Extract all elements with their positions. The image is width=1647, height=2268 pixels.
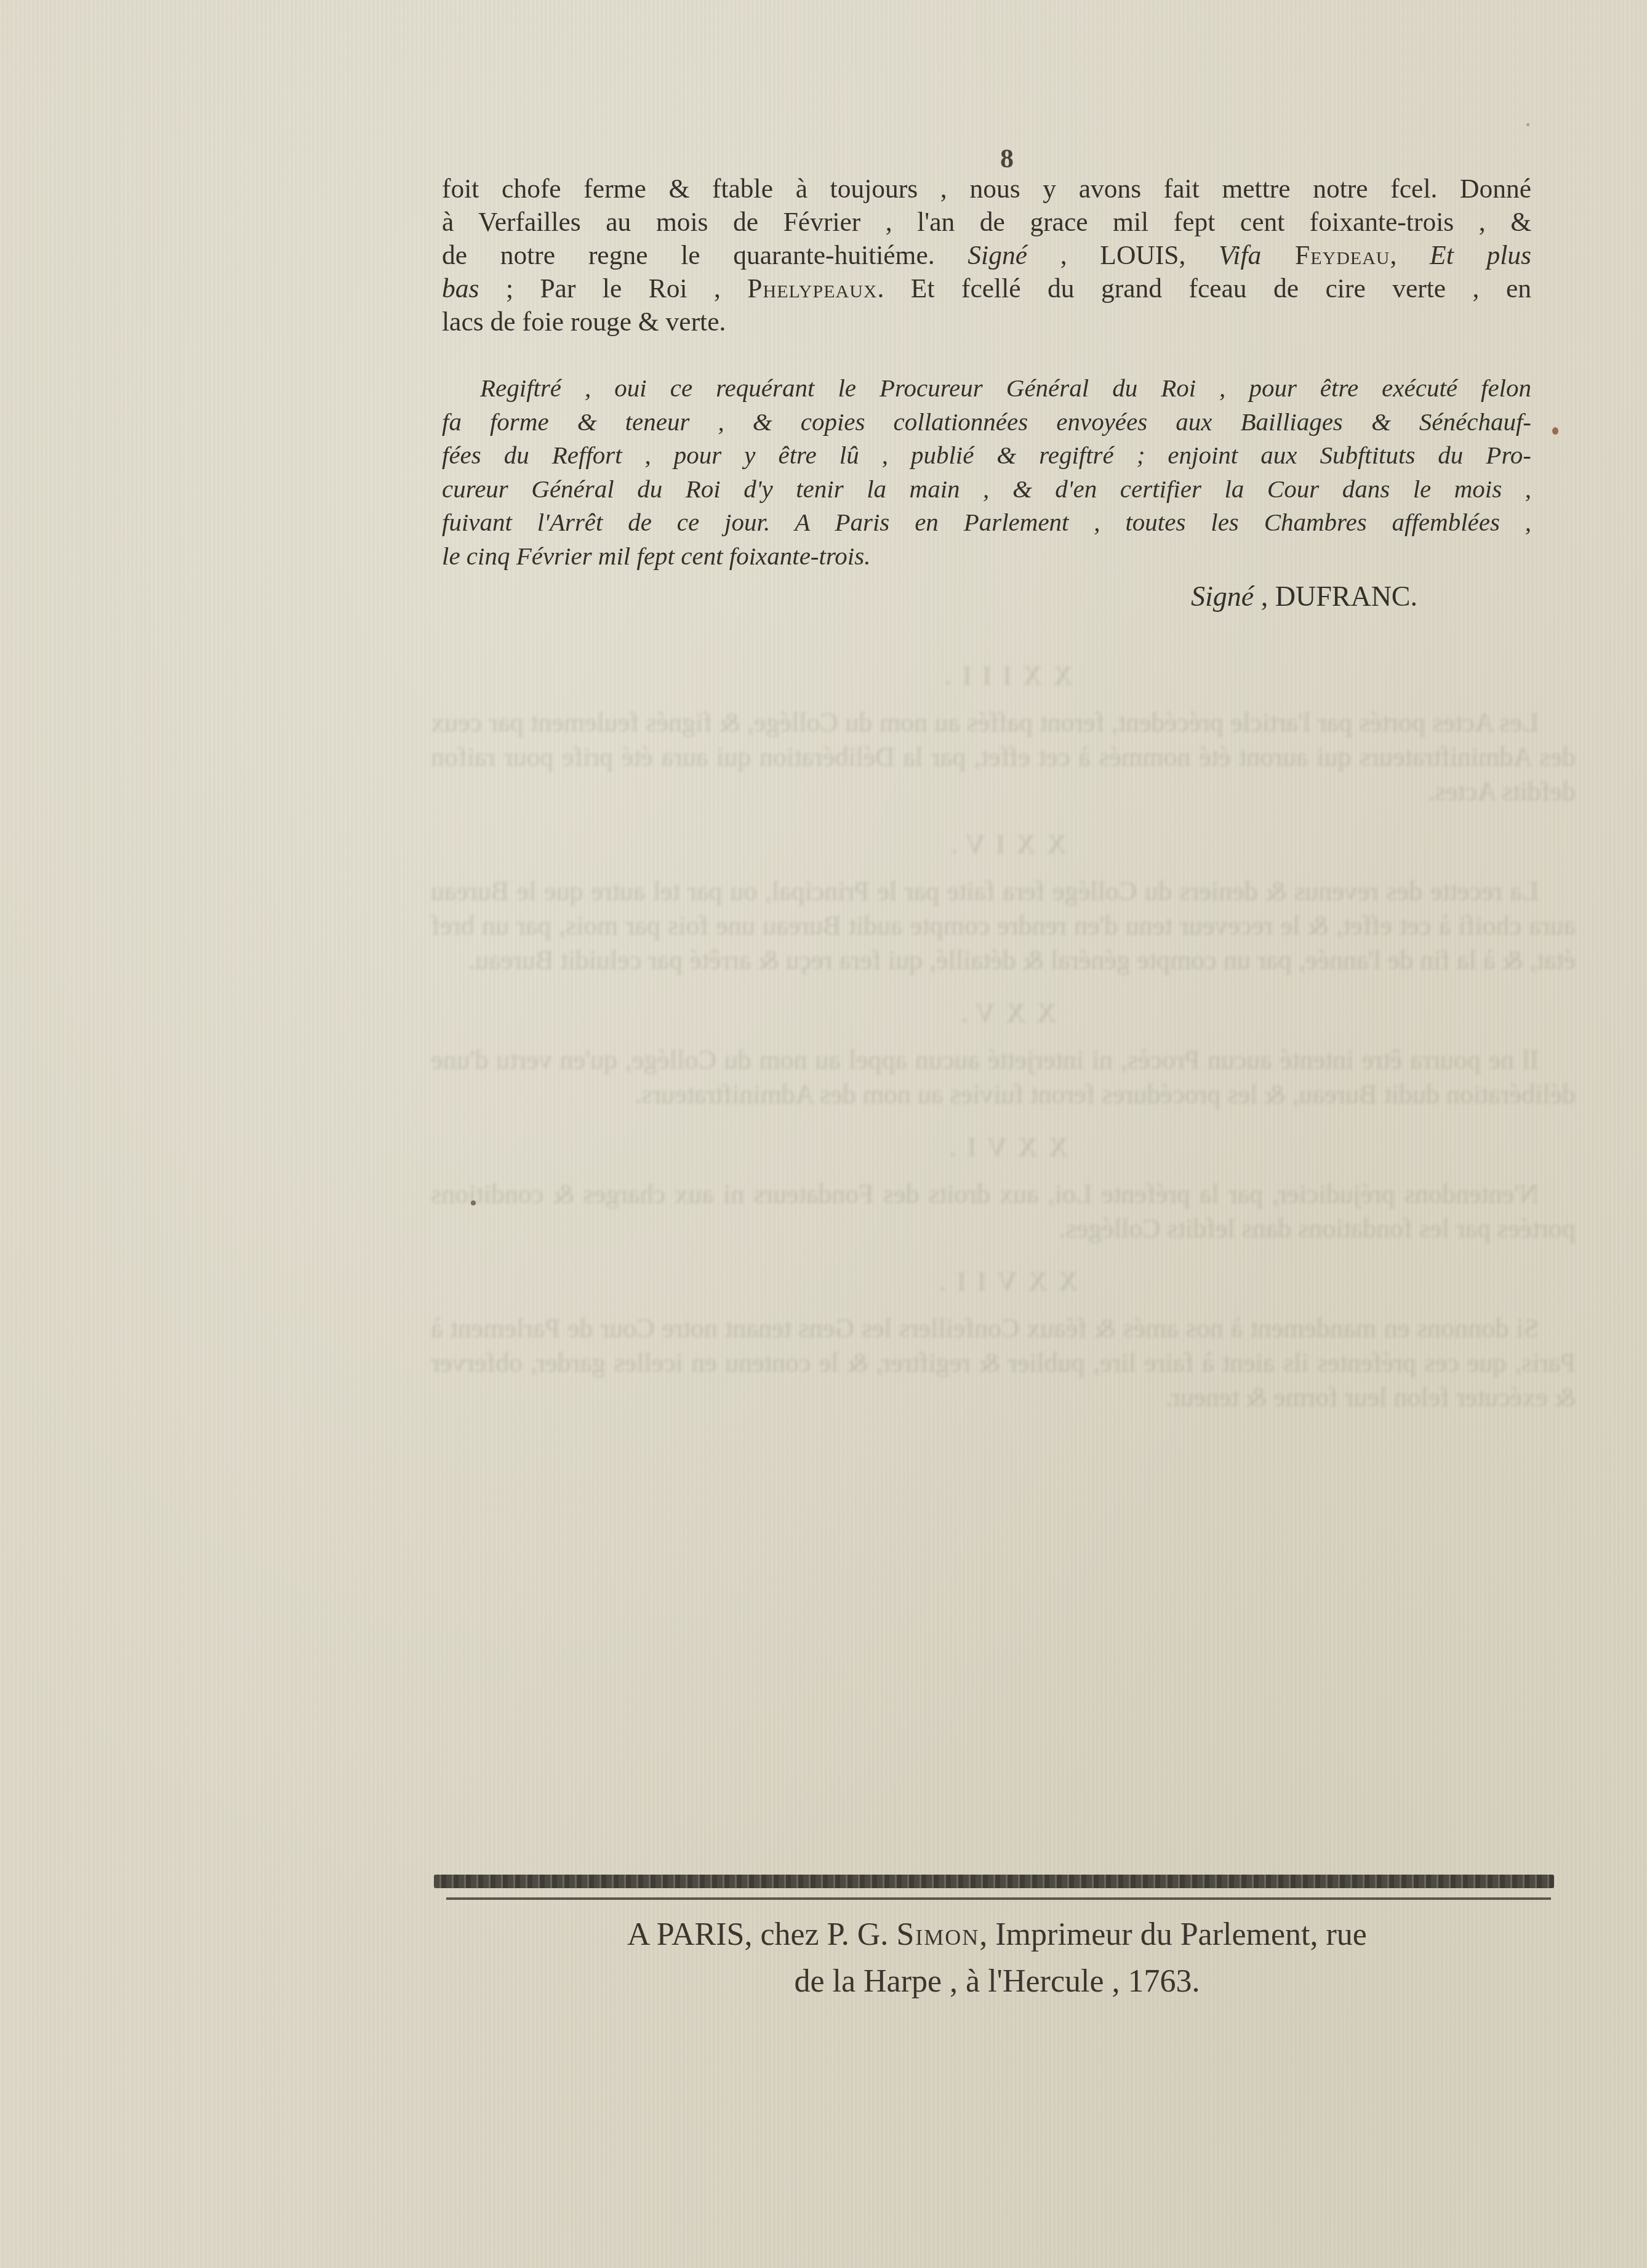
page-number: 8 [1000,143,1014,174]
bleed-heading: XXV. [431,996,1576,1031]
text-run-smallcaps: Feydeau [1261,241,1390,270]
paper-speck [1552,427,1558,435]
imprint-printer: Simon [896,1917,979,1952]
text-run: foit chofe ferme & ftable à toujours , n… [442,174,1531,204]
thin-rule [446,1897,1551,1900]
body-line: lacs de foie rouge & verte. [442,305,1531,339]
registration-line: fa forme & teneur , & copies collationné… [442,405,1531,439]
text-run: , LOUIS, [1027,241,1219,270]
signature: Signé , DUFRANC. [1191,580,1417,613]
bleed-paragraph: Il ne pourra être intenté aucun Procès, … [431,1043,1576,1112]
bleed-paragraph: Les Actes portés par l'article précédent… [431,706,1576,809]
bleed-paragraph: La recette des revenus & deniers du Coll… [431,874,1576,978]
imprint-city: A PARIS [627,1917,744,1952]
bleed-heading: XXIV. [431,827,1576,862]
paper-speck [1526,123,1529,126]
paper-speck [471,1200,476,1205]
signature-label: Signé [1191,581,1254,612]
bleed-paragraph: Si donnons en mandement à nos amés & féa… [431,1311,1576,1415]
printer-imprint: A PARIS, chez P. G. Simon, Imprimeur du … [394,1912,1600,2005]
registration-line: le cinq Février mil fept cent foixante-t… [442,539,1531,573]
text-run-italic: Vifa [1219,241,1261,270]
bleed-heading: XXVI. [431,1130,1576,1165]
registration-line: Regiftré , oui ce requérant le Procureur… [442,371,1531,405]
text-run-italic: bas [442,274,479,304]
bleed-heading: XXIII. [431,659,1576,693]
body-paragraph: foit chofe ferme & ftable à toujours , n… [442,172,1531,339]
document-page: XXIII. Les Actes portés par l'article pr… [0,0,1647,2268]
text-run: , [1390,241,1430,270]
text-run: lacs de foie rouge & verte. [442,307,726,337]
text-run-italic: Et plus [1430,241,1531,270]
body-line: foit chofe ferme & ftable à toujours , n… [442,172,1531,206]
registration-paragraph: Regiftré , oui ce requérant le Procureur… [442,371,1531,573]
imprint-text: , Imprimeur du Parlement, rue [979,1917,1367,1952]
text-run: ; Par le Roi , [479,274,747,304]
body-line: à Verfailles au mois de Février , l'an d… [442,206,1531,239]
text-run-smallcaps: Phelypeaux [747,274,877,304]
text-run-italic: Signé [968,241,1027,270]
text-run: à Verfailles au mois de Février , l'an d… [442,207,1531,237]
bleed-through-text: XXIII. Les Actes portés par l'article pr… [431,640,1576,1420]
text-run: . Et fcellé du grand fceau de cire verte… [878,274,1531,304]
registration-line: cureur Général du Roi d'y tenir la main … [442,472,1531,506]
ornamental-rule [434,1875,1554,1888]
registration-line: fées du Reffort , pour y être lû , publi… [442,438,1531,472]
body-line: bas ; Par le Roi , Phelypeaux. Et fcellé… [442,272,1531,305]
bleed-paragraph: N'entendons préjudicier, par la préfente… [431,1177,1576,1246]
signature-separator: , [1254,581,1275,612]
body-line: de notre regne le quarante-huitiéme. Sig… [442,239,1531,272]
imprint-line-2: de la Harpe , à l'Hercule , 1763. [394,1958,1600,2005]
text-run: de notre regne le quarante-huitiéme. [442,241,968,270]
imprint-text: , chez P. G. [744,1917,896,1952]
signature-name: DUFRANC. [1275,581,1417,612]
bleed-heading: XXVII. [431,1265,1576,1299]
registration-line: fuivant l'Arrêt de ce jour. A Paris en P… [442,505,1531,539]
imprint-line-1: A PARIS, chez P. G. Simon, Imprimeur du … [394,1912,1600,1958]
